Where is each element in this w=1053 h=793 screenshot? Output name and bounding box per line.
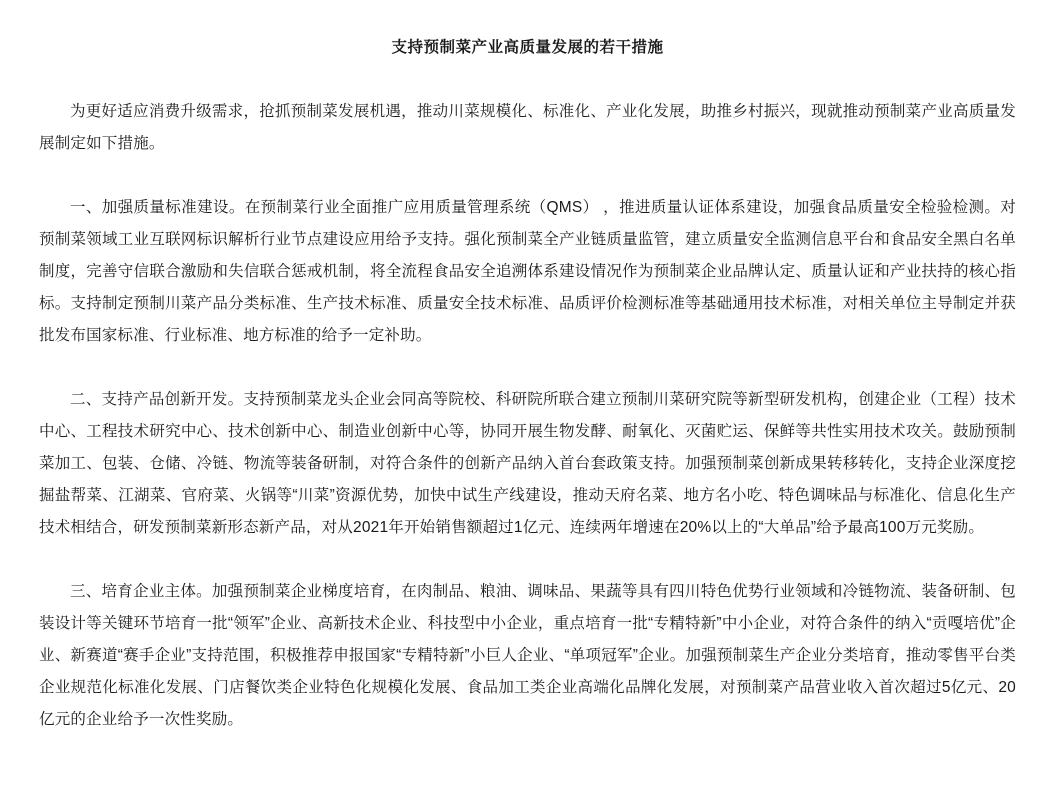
section-2-product-innovation-paragraph: 二、支持产品创新开发。支持预制菜龙头企业会同高等院校、科研院所联合建立预制川菜研… <box>39 384 1016 544</box>
document-body: 支持预制菜产业高质量发展的若干措施 为更好适应消费升级需求，抢抓预制菜发展机遇，… <box>0 0 1053 736</box>
document-page: 支持预制菜产业高质量发展的若干措施 为更好适应消费升级需求，抢抓预制菜发展机遇，… <box>0 0 1053 793</box>
document-title: 支持预制菜产业高质量发展的若干措施 <box>39 32 1016 64</box>
section-1-quality-standards-paragraph: 一、加强质量标准建设。在预制菜行业全面推广应用质量管理系统（QMS） ，推进质量… <box>39 192 1016 352</box>
section-3-enterprise-cultivation-paragraph: 三、培育企业主体。加强预制菜企业梯度培育，在肉制品、粮油、调味品、果蔬等具有四川… <box>39 576 1016 736</box>
intro-paragraph: 为更好适应消费升级需求，抢抓预制菜发展机遇，推动川菜规模化、标准化、产业化发展，… <box>39 96 1016 160</box>
